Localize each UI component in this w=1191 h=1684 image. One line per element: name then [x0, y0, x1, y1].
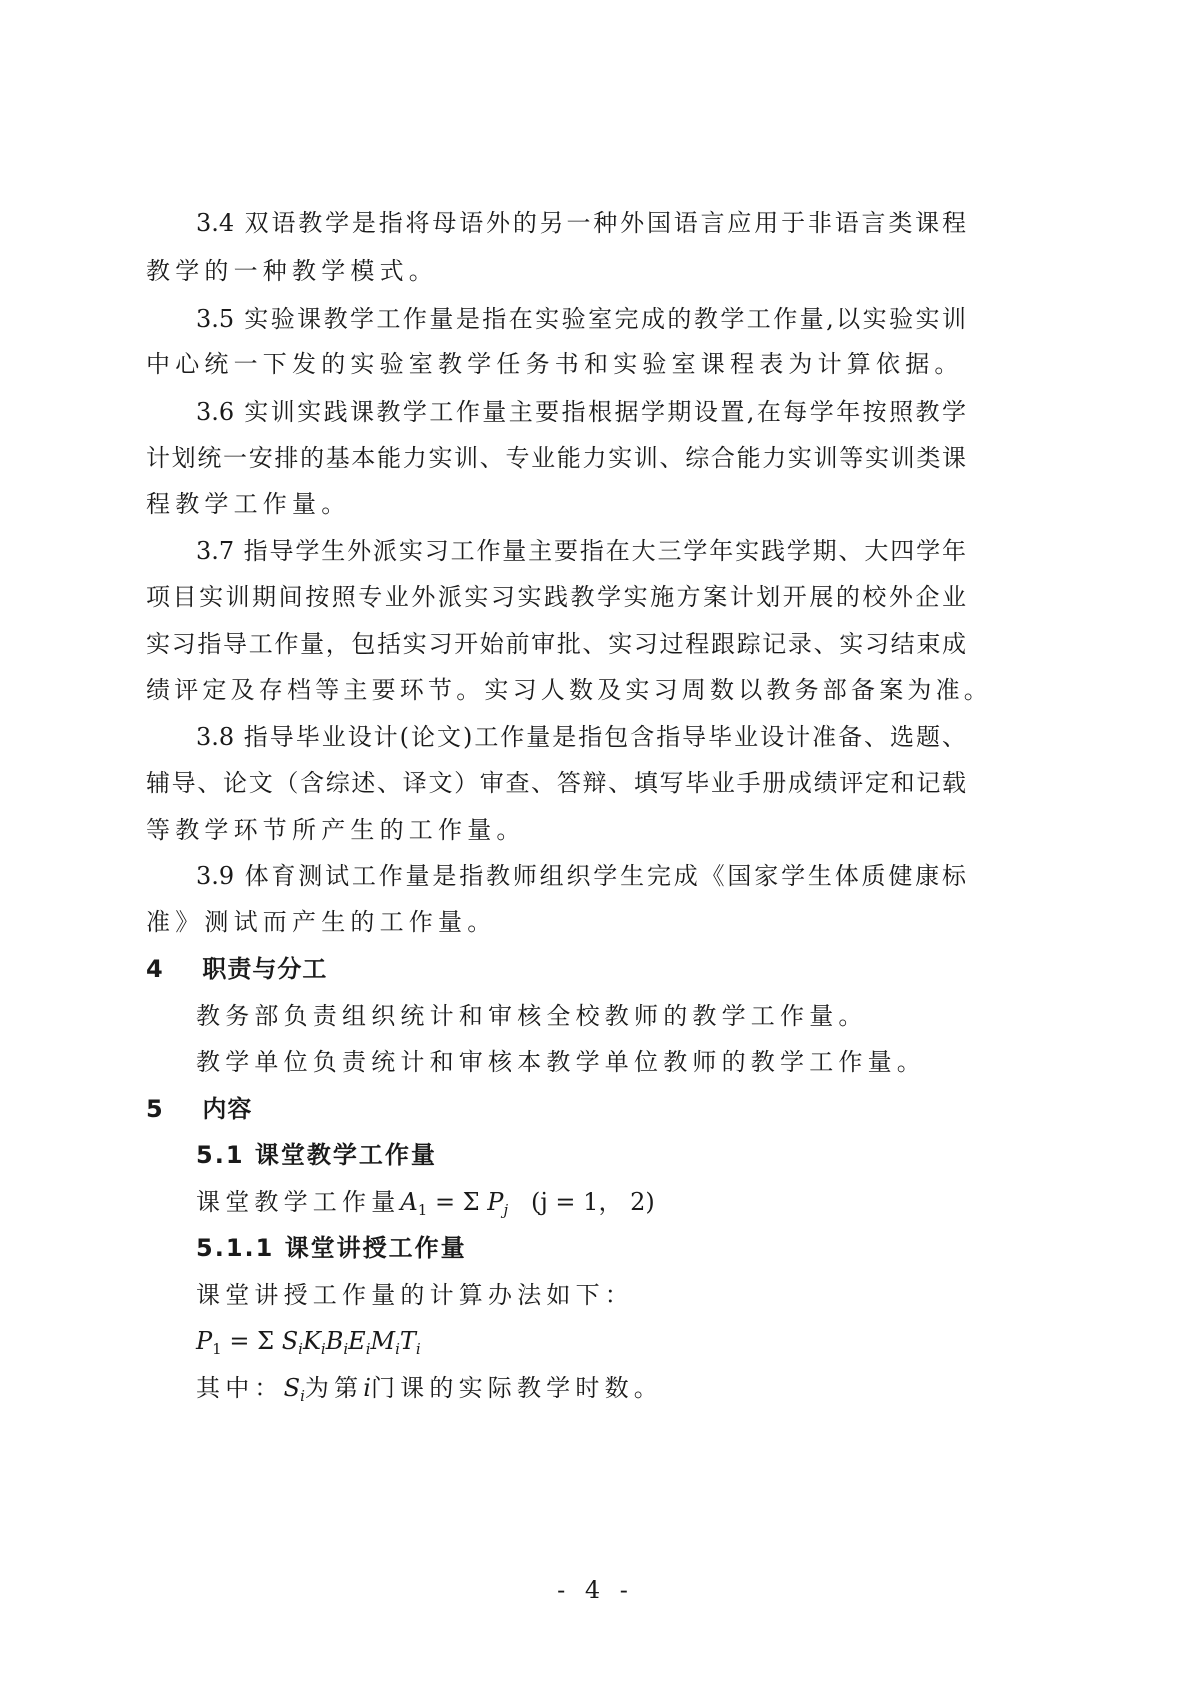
section-5-title: 内容 — [202, 1095, 252, 1123]
para-3-5-line-2: 中心统一下发的实验室教学任务书和实验室课程表为计算依据。 — [146, 349, 964, 379]
section-4-line-2: 教学单位负责统计和审核本教学单位教师的教学工作量。 — [196, 1047, 926, 1077]
subsection-5-1-heading: 5.1 课堂教学工作量 — [196, 1140, 437, 1170]
section-4-number: 4 — [146, 955, 164, 983]
section-4-line-1: 教务部负责组织统计和审核全校教师的教学工作量。 — [196, 1001, 868, 1031]
para-3-7-line-3: 实习指导工作量，包括实习开始前审批、实习过程跟踪记录、实习结束成 — [146, 629, 966, 659]
section-5-heading: 5 内容 — [146, 1094, 252, 1124]
para-3-5-line-1: 3.5 实验课教学工作量是指在实验室完成的教学工作量,以实验实训 — [196, 304, 966, 334]
formula-a1-prefix: 课堂教学工作量 — [196, 1188, 400, 1216]
section-4-title: 职责与分工 — [202, 955, 327, 983]
para-3-6-line-2: 计划统一安排的基本能力实训、专业能力实训、综合能力实训等实训类课 — [146, 443, 966, 473]
para-3-8-line-3: 等教学环节所产生的工作量。 — [146, 815, 526, 845]
para-3-6-line-1: 3.6 实训实践课教学工作量主要指根据学期设置,在每学年按照教学 — [196, 397, 966, 427]
para-3-9-line-1: 3.9 体育测试工作量是指教师组织学生完成《国家学生体质健康标 — [196, 861, 966, 891]
para-3-4-line-1: 3.4 双语教学是指将母语外的另一种外国语言应用于非语言类课程 — [196, 208, 966, 238]
para-3-8-line-1: 3.8 指导毕业设计(论文)工作量是指包含指导毕业设计准备、选题、 — [196, 722, 966, 752]
para-3-7-line-1: 3.7 指导学生外派实习工作量主要指在大三学年实践学期、大四学年 — [196, 536, 966, 566]
formula-a1-line: 课堂教学工作量A1 = Σ Pj (j = 1， 2) — [196, 1187, 655, 1217]
formula-where-line: 其中：Si为第i门课的实际教学时数。 — [196, 1373, 663, 1403]
subsection-5-1-1-intro: 课堂讲授工作量的计算办法如下： — [196, 1280, 634, 1310]
para-3-8-line-2: 辅导、论文（含综述、译文）审查、答辩、填写毕业手册成绩评定和记载 — [146, 768, 966, 798]
formula-p1: P1 = Σ SiKiBiEiMiTi — [196, 1326, 421, 1356]
para-3-4-line-2: 教学的一种教学模式。 — [146, 256, 438, 286]
para-3-9-line-2: 准》测试而产生的工作量。 — [146, 907, 496, 937]
para-3-7-line-4: 绩评定及存档等主要环节。实习人数及实习周数以教务部备案为准。 — [146, 675, 992, 705]
section-5-number: 5 — [146, 1095, 164, 1123]
section-4-heading: 4 职责与分工 — [146, 954, 327, 984]
page-number: - 4 - — [0, 1576, 1191, 1604]
para-3-6-line-3: 程教学工作量。 — [146, 489, 350, 519]
subsection-5-1-1-heading: 5.1.1 课堂讲授工作量 — [196, 1233, 467, 1263]
para-3-7-line-2: 项目实训期间按照专业外派实习实践教学实施方案计划开展的校外企业 — [146, 582, 966, 612]
formula-a1: A1 = Σ Pj (j = 1， 2) — [400, 1188, 654, 1216]
